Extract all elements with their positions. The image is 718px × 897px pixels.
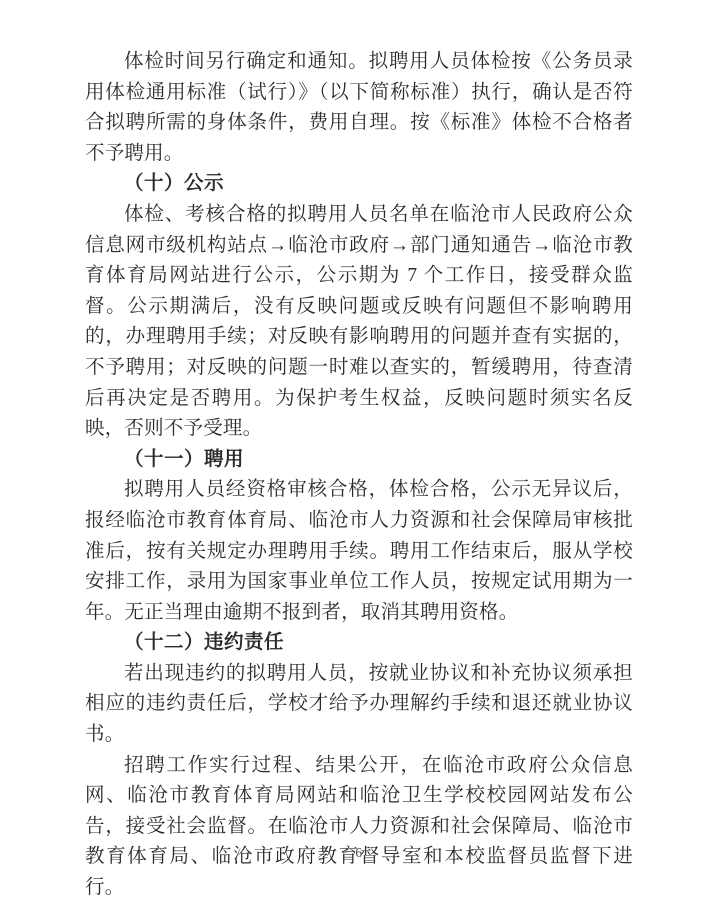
page-number: 6 <box>0 845 718 861</box>
document-content: 体检时间另行确定和通知。拟聘用人员体检按《公务员录用体检通用标准（试行）》（以下… <box>85 47 633 897</box>
document-page: 体检时间另行确定和通知。拟聘用人员体检按《公务员录用体检通用标准（试行）》（以下… <box>0 0 718 897</box>
paragraph-supervision: 招聘工作实行过程、结果公开，在临沧市政府公众信息网、临沧市教育体育局网站和临沧卫… <box>85 751 633 897</box>
paragraph-publicity: 体检、考核合格的拟聘用人员名单在临沧市人民政府公众信息网市级机构站点→临沧市政府… <box>85 200 633 445</box>
section-heading-publicity: （十）公示 <box>85 169 633 200</box>
paragraph-medical-exam: 体检时间另行确定和通知。拟聘用人员体检按《公务员录用体检通用标准（试行）》（以下… <box>85 47 633 169</box>
section-heading-breach-liability: （十二）违约责任 <box>85 628 633 659</box>
section-heading-employment: （十一）聘用 <box>85 445 633 476</box>
paragraph-employment: 拟聘用人员经资格审核合格，体检合格，公示无异议后，报经临沧市教育体育局、临沧市人… <box>85 475 633 628</box>
paragraph-breach-liability: 若出现违约的拟聘用人员，按就业协议和补充协议须承担相应的违约责任后，学校才给予办… <box>85 659 633 751</box>
